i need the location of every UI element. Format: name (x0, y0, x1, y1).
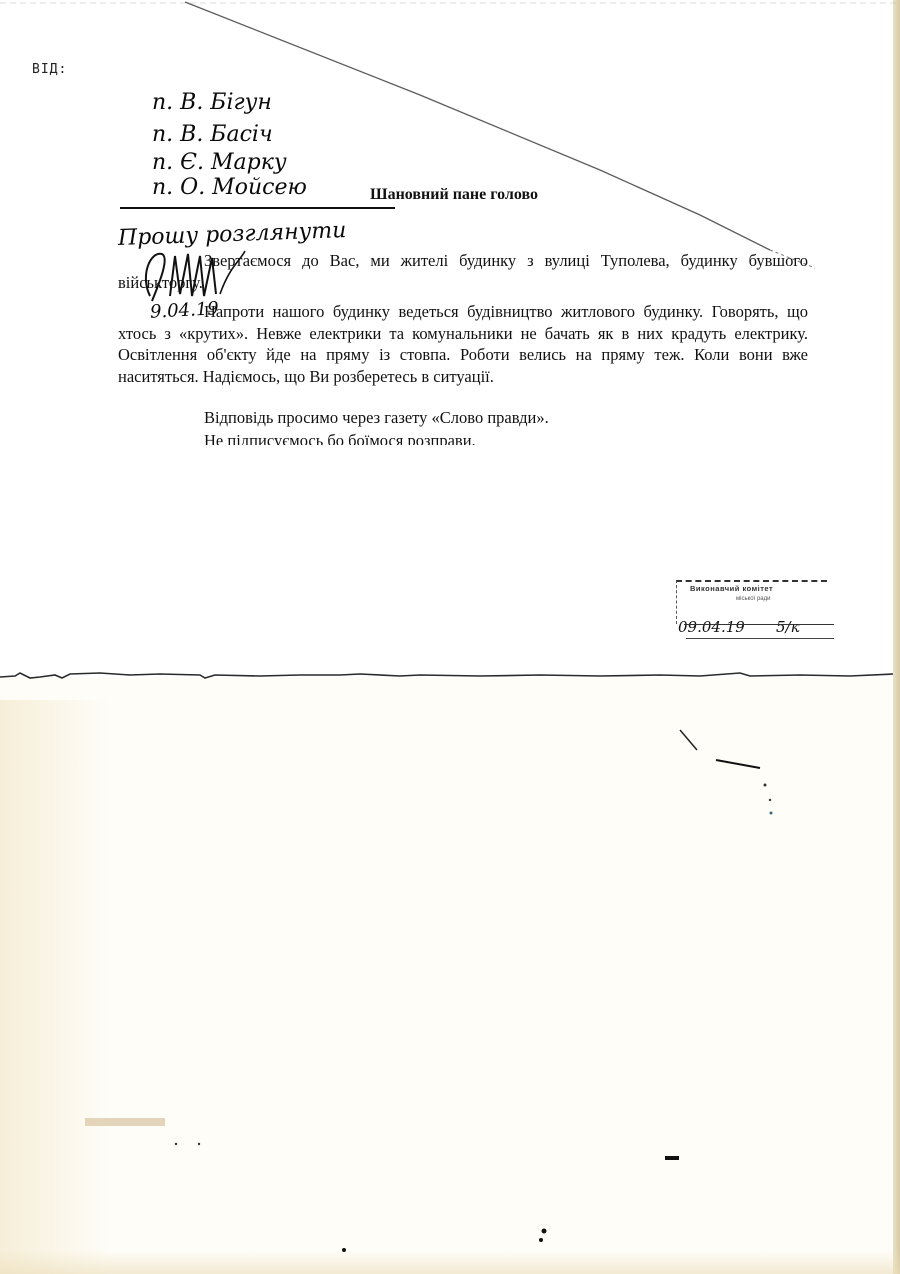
scan-specks (0, 0, 900, 1274)
